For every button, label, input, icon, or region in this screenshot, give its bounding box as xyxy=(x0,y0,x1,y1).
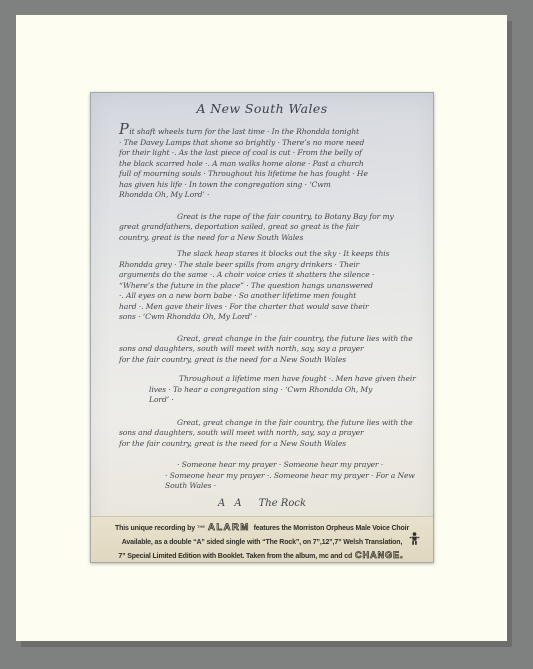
page-background: { "colors": { "background": "#7f8080", "… xyxy=(0,0,533,669)
lyric-line: · Someone hear my prayer ·. Someone hear… xyxy=(165,471,413,482)
change-logo: CHANGE. xyxy=(355,550,404,560)
lyric-line: Great, great change in the fair country,… xyxy=(119,418,413,429)
signature-initials: A A xyxy=(218,498,245,509)
credit-line-3: 7” Special Limited Edition with Booklet.… xyxy=(91,549,433,563)
lyric-line: for the fair country, great is the need … xyxy=(119,439,413,450)
credit-line-1-post: features the Morriston Orpheus Male Voic… xyxy=(254,525,409,532)
irs-figure-icon xyxy=(409,532,420,545)
alarm-logo: ALARM xyxy=(208,522,250,533)
footer-credits: This unique recording byTHEALARM feature… xyxy=(91,516,433,562)
lyric-line: Rhondda grey · The stale beer spills fro… xyxy=(119,260,413,271)
lyric-line: arguments do the same ·. A choir voice c… xyxy=(119,270,413,281)
credit-line-2: Available, as a double “A” sided single … xyxy=(91,536,433,550)
lyrics-paragraph-5: Throughout a lifetime men have fought ·.… xyxy=(149,374,413,406)
lyric-line: ·. All eyes on a new born babe · So anot… xyxy=(119,291,413,302)
the-label: THE xyxy=(197,524,205,529)
lyric-line: sons and daughters, south will meet with… xyxy=(119,344,413,355)
lyric-line: for their light ·. As the last piece of … xyxy=(119,148,413,159)
lyric-line: · The Davey Lamps that shone so brightly… xyxy=(119,138,413,149)
lyric-line: sons and daughters, south will meet with… xyxy=(119,428,413,439)
lyric-line: full of mourning souls · Throughout his … xyxy=(119,169,413,180)
lyric-line: sons · ‘Cwm Rhondda Oh, My Lord’ · xyxy=(119,312,413,323)
credit-line-1: This unique recording byTHEALARM feature… xyxy=(91,520,433,536)
lyric-line: country, great is the need for a New Sou… xyxy=(119,233,413,244)
lyric-line: South Wales · xyxy=(165,481,413,492)
poster-title: A New South Wales xyxy=(91,101,433,116)
signature-song-title: The Rock xyxy=(259,498,306,509)
credit-line-3-pre: 7” Special Limited Edition with Booklet.… xyxy=(118,553,352,560)
lyric-line: Rhondda Oh, My Lord’ · xyxy=(119,190,413,201)
lyric-line: great grandfathers, deportation sailed, … xyxy=(119,222,413,233)
lyric-line: Great is the rape of the fair country, t… xyxy=(119,212,413,223)
lyric-line: the black scarred hole ·. A man walks ho… xyxy=(119,159,413,170)
signature: A AThe Rock xyxy=(91,498,433,509)
lyric-line: Throughout a lifetime men have fought ·.… xyxy=(149,374,413,385)
lyric-line: Lord’ · xyxy=(149,395,413,406)
lyric-line: hard ·. Men gave their lives · For the c… xyxy=(119,302,413,313)
lyric-line: lives · To hear a congregation sing · ‘C… xyxy=(149,385,413,396)
advert-poster: A New South Wales Pit shaft wheels turn … xyxy=(90,92,434,563)
lyric-line: The slack heap stares it blocks out the … xyxy=(119,249,413,260)
lyric-line: “Where’s the future in the place” · The … xyxy=(119,281,413,292)
lyrics-paragraph-3: The slack heap stares it blocks out the … xyxy=(119,249,413,323)
mat-board: A New South Wales Pit shaft wheels turn … xyxy=(16,15,507,641)
lyric-line: has given his life · In town the congreg… xyxy=(119,180,413,191)
lyrics: Pit shaft wheels turn for the last time … xyxy=(91,116,433,492)
lyric-line: Pit shaft wheels turn for the last time … xyxy=(119,125,413,138)
credit-line-1-pre: This unique recording by xyxy=(115,525,195,532)
lyrics-paragraph-2: Great is the rape of the fair country, t… xyxy=(119,212,413,244)
lyric-line: for the fair country, great is the need … xyxy=(119,355,413,366)
lyric-line: Great, great change in the fair country,… xyxy=(119,334,413,345)
lyrics-paragraph-1: Pit shaft wheels turn for the last time … xyxy=(119,125,413,201)
lyrics-paragraph-4: Great, great change in the fair country,… xyxy=(119,334,413,366)
lyric-line: · Someone hear my prayer · Someone hear … xyxy=(165,460,413,471)
lyrics-paragraph-6: Great, great change in the fair country,… xyxy=(119,418,413,450)
prayer-paragraph: · Someone hear my prayer · Someone hear … xyxy=(165,460,413,492)
